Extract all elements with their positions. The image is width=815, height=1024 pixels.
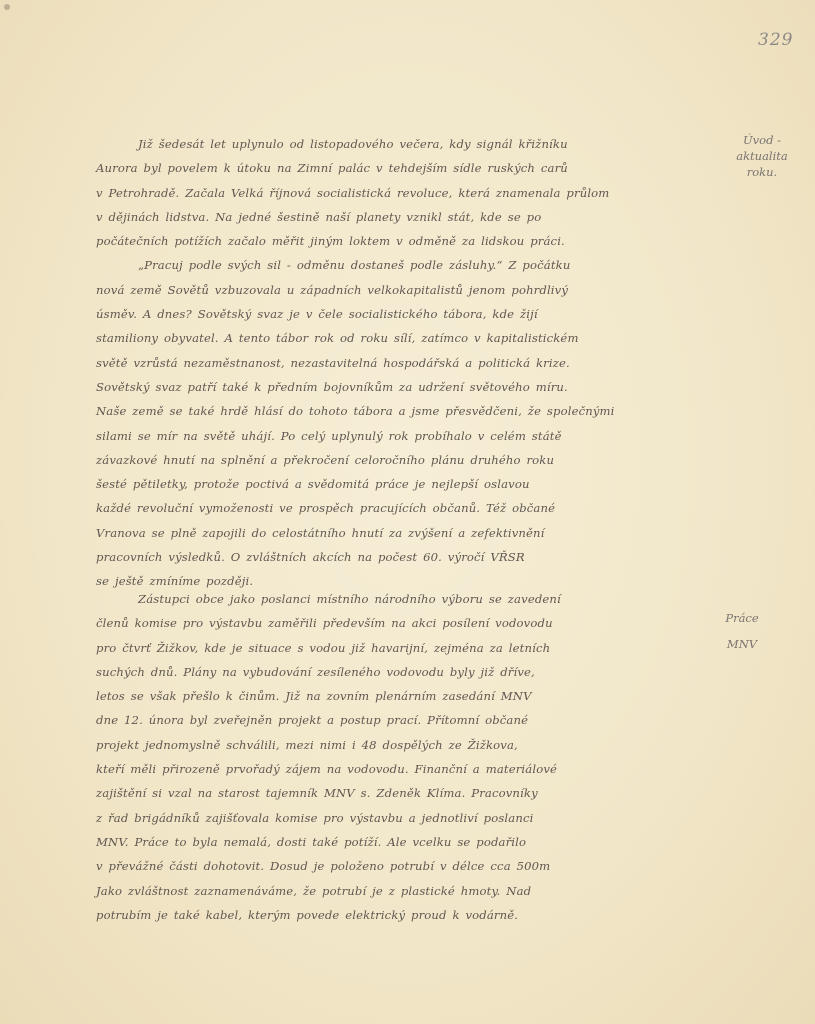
text-line: letos se však přešlo k činům. Již na zov… <box>96 684 716 708</box>
text-line: v Petrohradě. Začala Velká říjnová socia… <box>96 181 716 205</box>
text-line: členů komise pro výstavbu zaměřili přede… <box>96 611 716 635</box>
text-line: úsměv. A dnes? Sovětský svaz je v čele s… <box>96 302 716 326</box>
margin-note-line: Úvod - <box>726 132 798 148</box>
text-line: silami se mír na světě uhájí. Po celý up… <box>96 424 716 448</box>
text-line: Zástupci obce jako poslanci místního nár… <box>96 587 716 611</box>
text-line: zajištění si vzal na starost tajemník MN… <box>96 781 716 805</box>
text-line: každé revoluční vymoženosti ve prospěch … <box>96 496 716 520</box>
text-line: suchých dnů. Plány na vybudování zesílen… <box>96 660 716 684</box>
text-line: „Pracuj podle svých sil - odměnu dostane… <box>96 253 716 277</box>
text-line: dne 12. února byl zveřejněn projekt a po… <box>96 708 716 732</box>
text-line: počátečních potížích začalo měřit jiným … <box>96 229 716 253</box>
paragraph-mnv-water-supply: Zástupci obce jako poslanci místního nár… <box>96 587 716 927</box>
text-line: šesté pětiletky, protože poctivá a svědo… <box>96 472 716 496</box>
margin-note-line: Práce <box>712 605 772 631</box>
margin-note-line: aktualita <box>726 148 798 164</box>
margin-note-line: MNV <box>712 631 772 657</box>
text-line: světě vzrůstá nezaměstnanost, nezastavit… <box>96 351 716 375</box>
text-line: Vranova se plně zapojili do celostátního… <box>96 521 716 545</box>
text-line: potrubím je také kabel, kterým povede el… <box>96 903 716 927</box>
margin-note-intro: Úvod - aktualita roku. <box>726 132 798 180</box>
text-line: Naše země se také hrdě hlásí do tohoto t… <box>96 399 716 423</box>
margin-note-mnv-work: Práce MNV <box>712 605 772 657</box>
text-line: nová země Sovětů vzbuzovala u západních … <box>96 278 716 302</box>
text-line: MNV. Práce to byla nemalá, dosti také po… <box>96 830 716 854</box>
paper-stain <box>4 4 10 10</box>
text-line: z řad brigádníků zajišťovala komise pro … <box>96 806 716 830</box>
page-number: 329 <box>758 30 793 50</box>
text-line: pracovních výsledků. O zvláštních akcích… <box>96 545 716 569</box>
text-line: kteří měli přirozeně prvořadý zájem na v… <box>96 757 716 781</box>
text-line: závazkové hnutí na splnění a překročení … <box>96 448 716 472</box>
text-line: Již šedesát let uplynulo od listopadovéh… <box>96 132 716 156</box>
text-line: pro čtvrť Žižkov, kde je situace s vodou… <box>96 636 716 660</box>
text-line: Aurora byl povelem k útoku na Zimní palá… <box>96 156 716 180</box>
chronicle-page: 329 Úvod - aktualita roku. Práce MNV Již… <box>0 0 815 1024</box>
margin-note-line: roku. <box>726 164 798 180</box>
text-line: v dějinách lidstva. Na jedné šestině naš… <box>96 205 716 229</box>
text-line: Jako zvláštnost zaznamenáváme, že potrub… <box>96 879 716 903</box>
text-line: v převážné části dohotovit. Dosud je pol… <box>96 854 716 878</box>
paragraph-october-revolution: Již šedesát let uplynulo od listopadovéh… <box>96 132 716 594</box>
text-line: stamiliony obyvatel. A tento tábor rok o… <box>96 326 716 350</box>
text-line: projekt jednomyslně schválili, mezi nimi… <box>96 733 716 757</box>
text-line: Sovětský svaz patří také k předním bojov… <box>96 375 716 399</box>
